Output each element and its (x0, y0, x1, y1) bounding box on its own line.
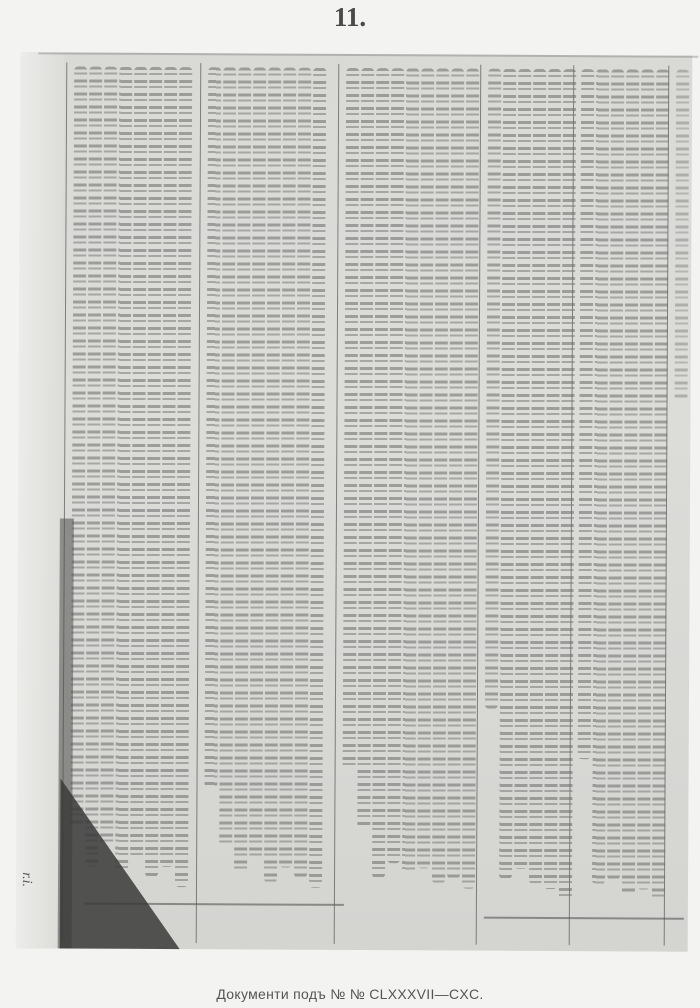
left-margin-strip (16, 52, 65, 948)
page-number: 11. (0, 2, 700, 33)
scan-shadow-corner (60, 778, 181, 949)
column-rule (196, 63, 202, 943)
text-column-2 (204, 67, 326, 888)
text-column-6 (675, 70, 690, 400)
bottom-rule (484, 917, 684, 920)
top-rule (38, 52, 698, 57)
text-column-3 (342, 68, 479, 889)
plate-caption: Документи подъ № № CLXXXVII—CXC. (0, 986, 700, 1002)
text-column-1 (70, 67, 192, 888)
column-rule (334, 64, 340, 944)
text-column-5 (577, 69, 669, 899)
text-column-4 (484, 69, 576, 899)
margin-note-left: r.i. (18, 872, 34, 887)
manuscript-plate: r.i. (14, 50, 690, 955)
manuscript-sheet: r.i. (24, 52, 693, 951)
